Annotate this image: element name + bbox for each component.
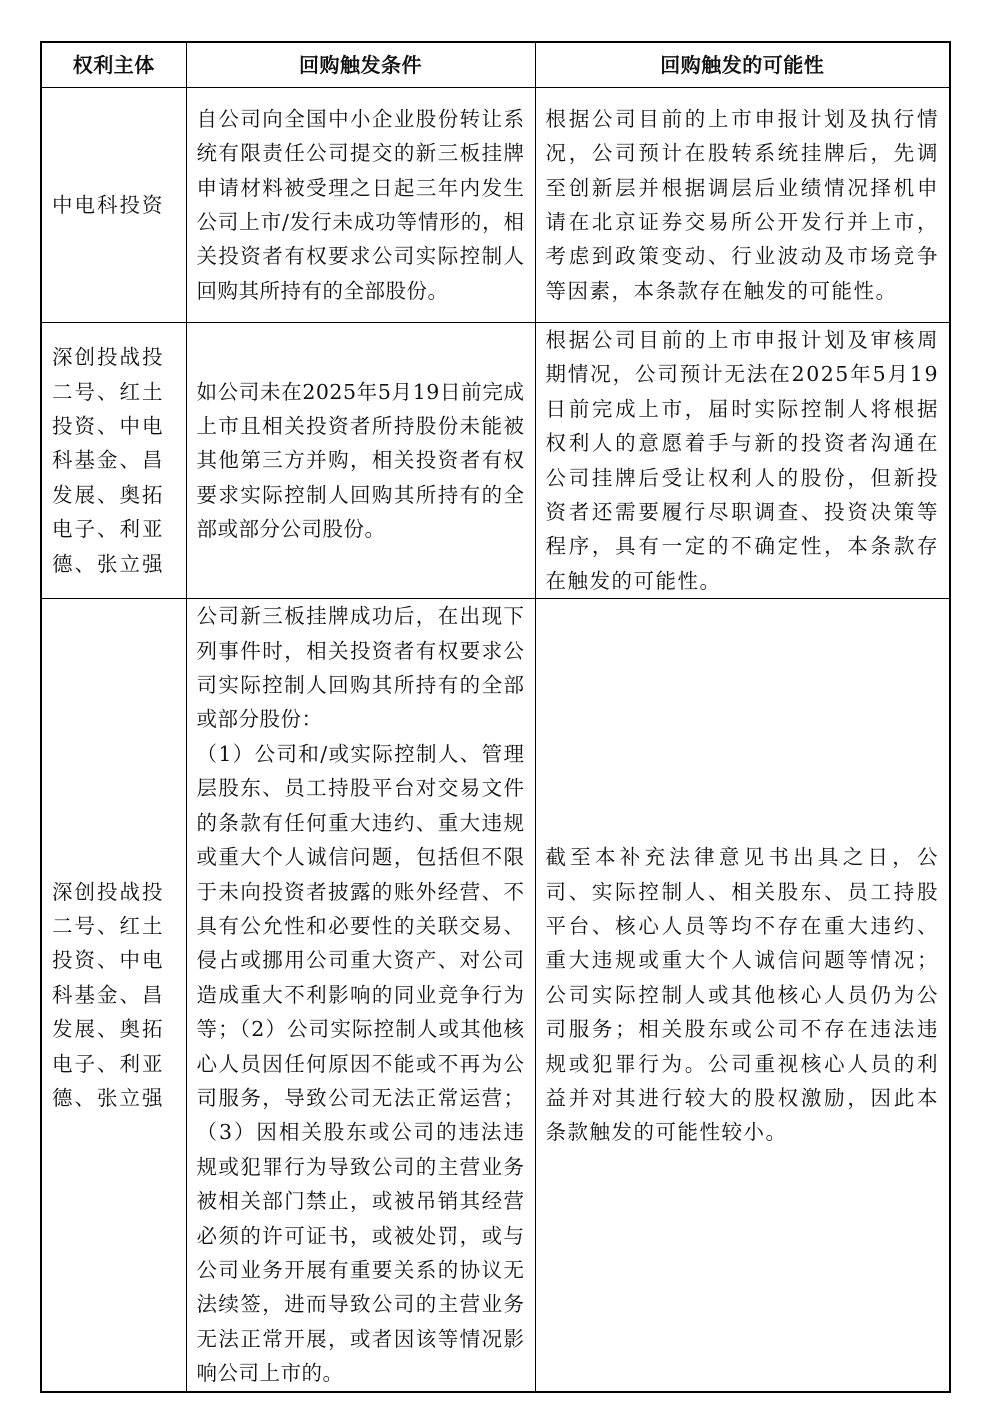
table-row: 深创投战投二号、红土投资、中电科基金、昌发展、奥拓电子、利亚德、张立强 如公司未… [41,323,950,599]
header-trigger-possibility: 回购触发的可能性 [535,42,950,88]
table-row: 中电科投资 自公司向全国中小企业股份转让系统有限责任公司提交的新三板挂牌申请材料… [41,88,950,323]
trigger-condition-cell: 自公司向全国中小企业股份转让系统有限责任公司提交的新三板挂牌申请材料被受理之日起… [186,88,535,323]
buyback-trigger-table: 权利主体 回购触发条件 回购触发的可能性 中电科投资 自公司向全国中小企业股份转… [40,41,951,1393]
trigger-condition-cell: 公司新三板挂牌成功后，在出现下列事件时，相关投资者有权要求公司实际控制人回购其所… [186,599,535,1392]
trigger-possibility-cell: 根据公司目前的上市申报计划及执行情况，公司预计在股转系统挂牌后，先调至创新层并根… [535,88,950,323]
trigger-possibility-cell: 根据公司目前的上市申报计划及审核周期情况，公司预计无法在2025年5月19日前完… [535,323,950,599]
trigger-possibility-cell: 截至本补充法律意见书出具之日，公司、实际控制人、相关股东、员工持股平台、核心人员… [535,599,950,1392]
rights-holder-cell: 深创投战投二号、红土投资、中电科基金、昌发展、奥拓电子、利亚德、张立强 [41,323,186,599]
trigger-condition-cell: 如公司未在2025年5月19日前完成上市且相关投资者所持股份未能被其他第三方并购… [186,323,535,599]
header-trigger-condition: 回购触发条件 [186,42,535,88]
condition-intro: 公司新三板挂牌成功后，在出现下列事件时，相关投资者有权要求公司实际控制人回购其所… [197,599,525,737]
rights-holder-cell: 中电科投资 [41,88,186,323]
table-row: 深创投战投二号、红土投资、中电科基金、昌发展、奥拓电子、利亚德、张立强 公司新三… [41,599,950,1392]
header-rights-holder: 权利主体 [41,42,186,88]
condition-items: （1）公司和/或实际控制人、管理层股东、员工持股平台对交易文件的条款有任何重大违… [197,737,525,1391]
rights-holder-cell: 深创投战投二号、红土投资、中电科基金、昌发展、奥拓电子、利亚德、张立强 [41,599,186,1392]
table-header-row: 权利主体 回购触发条件 回购触发的可能性 [41,42,950,88]
